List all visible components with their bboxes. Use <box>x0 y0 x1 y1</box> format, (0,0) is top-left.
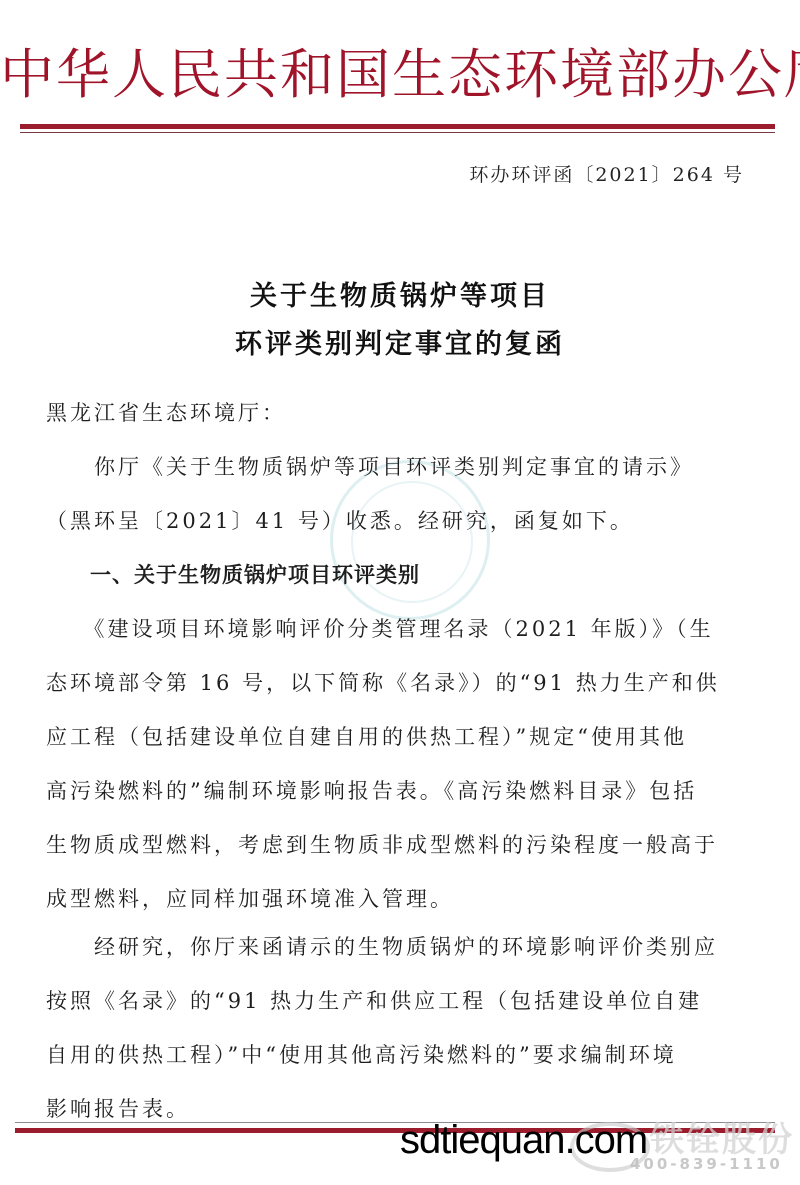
watermark-url: sdtiequan.com <box>400 1118 647 1162</box>
addressee: 黑龙江省生态环境厅： <box>46 386 766 440</box>
paragraph-line: 成型燃料，应同样加强环境准入管理。 <box>46 872 766 926</box>
watermark-phone: 400-839-1110 <box>630 1155 783 1173</box>
paragraph-line: 态环境部令第 16 号，以下简称《名录》）的“91 热力生产和供 <box>46 656 766 710</box>
paragraph-line: 应工程（包括建设单位自建自用的供热工程）”规定“使用其他 <box>46 710 766 764</box>
letterhead-issuer: 中华人民共和国生态环境部办公厅 <box>0 40 800 110</box>
paragraph-line: 生物质成型燃料，考虑到生物质非成型燃料的污染程度一般高于 <box>46 818 766 872</box>
paragraph-line: 经研究，你厅来函请示的生物质锅炉的环境影响评价类别应 <box>46 920 766 974</box>
document-title: 关于生物质锅炉等项目 环评类别判定事宜的复函 <box>0 273 800 369</box>
paragraph-line: 《建设项目环境影响评价分类管理名录（2021 年版）》（生 <box>46 602 766 656</box>
paragraph-catalog: 《建设项目环境影响评价分类管理名录（2021 年版）》（生 态环境部令第 16 … <box>46 602 766 926</box>
document-number: 环办环评函〔2021〕264 号 <box>469 160 744 187</box>
document-title-line2: 环评类别判定事宜的复函 <box>0 321 800 369</box>
section-heading: 一、关于生物质锅炉项目环评类别 <box>46 548 766 602</box>
paragraph-line: 自用的供热工程）”中“使用其他高污染燃料的”要求编制环境 <box>46 1028 766 1082</box>
letterhead-rule-thick <box>20 124 775 129</box>
paragraph-line: 你厅《关于生物质锅炉等项目环评类别判定事宜的请示》 <box>46 440 766 494</box>
letterhead-rule-thin <box>20 132 775 133</box>
paragraph-line: （黑环呈〔2021〕41 号）收悉。经研究，函复如下。 <box>46 494 766 548</box>
watermark-brand: 铁铨股份 <box>650 1112 794 1161</box>
paragraph-intro: 你厅《关于生物质锅炉等项目环评类别判定事宜的请示》 （黑环呈〔2021〕41 号… <box>46 440 766 548</box>
paragraph-conclusion: 经研究，你厅来函请示的生物质锅炉的环境影响评价类别应 按照《名录》的“91 热力… <box>46 920 766 1136</box>
paragraph-line: 按照《名录》的“91 热力生产和供应工程（包括建设单位自建 <box>46 974 766 1028</box>
document-title-line1: 关于生物质锅炉等项目 <box>0 273 800 321</box>
paragraph-line: 高污染燃料的”编制环境影响报告表。《高污染燃料目录》包括 <box>46 764 766 818</box>
